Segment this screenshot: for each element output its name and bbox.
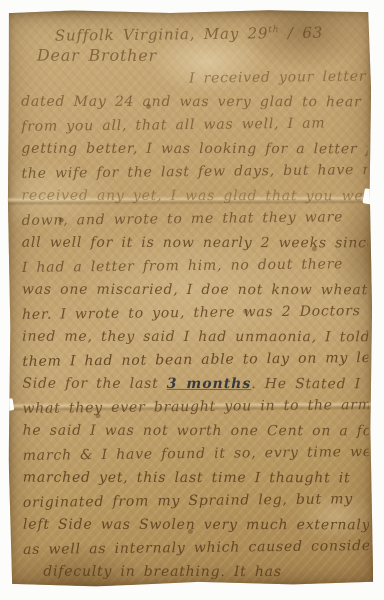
place-date-superscript: th	[268, 25, 279, 35]
letter-line: as well as internaly which caused consid…	[23, 535, 369, 562]
annotated-line-post: . He Stated I wonder	[251, 376, 369, 392]
letter-line: dated May 24 and was very glad to hear	[21, 90, 367, 114]
letter-line: was one miscaried, I doe not know wheat	[22, 278, 368, 302]
place-date-year: / 63	[279, 24, 323, 42]
letter-line: the wife for the last few days, but have…	[21, 159, 367, 186]
letter-line: left Side was Swolen very much externaly	[23, 513, 369, 537]
paper-tear-left	[3, 398, 15, 411]
letter-line: getting better, I was looking for a lett…	[21, 137, 367, 161]
letter-line: her. I wrote to you, there was 2 Doctors…	[22, 300, 368, 327]
letter-line: he said I was not worth one Cent on a fo…	[23, 419, 369, 443]
letter-line: received any yet, I was glad that you we…	[22, 184, 368, 208]
letter-line: down, and wrote to me that they ware	[22, 206, 368, 233]
letter-line: them I had not bean able to lay on my le…	[22, 347, 368, 374]
handwritten-text: Suffolk Virginia, May 29th / 63 Dear Bro…	[21, 19, 369, 587]
paper-specks	[7, 11, 10, 14]
letter-line: difeculty in breathing. It has	[43, 560, 369, 584]
annotated-line-pre: Side for the last	[22, 375, 166, 391]
dark-ink-annotation: 3 months	[167, 375, 252, 391]
letter-line: from you all, that all was well, I am	[21, 112, 367, 139]
letter-line: I had a letter from him, no dout there	[22, 253, 368, 280]
letter-line: originated from my Spraind leg, but my	[23, 488, 369, 515]
letter-line: all well for it is now nearly 2 weeks si…	[22, 231, 368, 255]
letter-line: marched yet, this last time I thaught it	[23, 466, 369, 490]
letter-photograph: Suffolk Virginia, May 29th / 63 Dear Bro…	[0, 0, 384, 600]
opening-line: I received your letter	[189, 66, 367, 92]
letter-line: ined me, they said I had unmaonia, I tol…	[22, 325, 368, 349]
salutation: Dear Brother	[37, 43, 367, 67]
place-date-main: Suffolk Virginia, May 29	[55, 24, 269, 44]
place-date-line: Suffolk Virginia, May 29th / 63	[55, 19, 367, 45]
annotated-line: Side for the last 3 months. He Stated I …	[22, 372, 368, 396]
letter-paper: Suffolk Virginia, May 29th / 63 Dear Bro…	[7, 9, 374, 587]
letter-line: march & I have found it so, evry time we	[23, 441, 369, 468]
letter-line: what they ever braught you in to the arm…	[22, 394, 368, 421]
paper-tear-right	[362, 188, 377, 205]
